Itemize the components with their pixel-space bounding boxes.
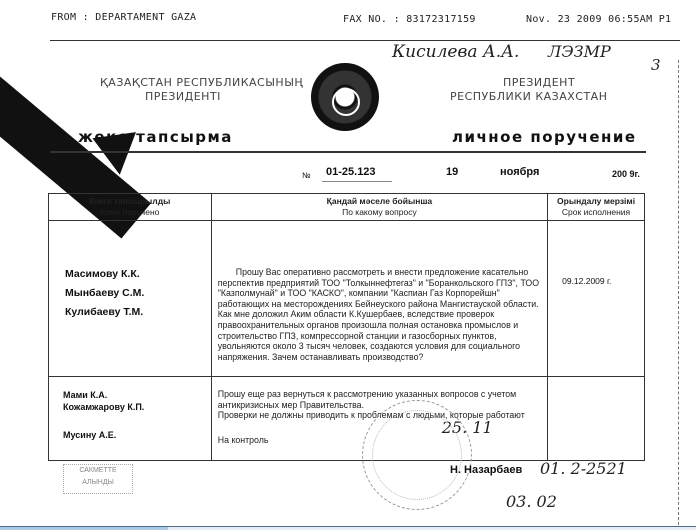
fax-number: FAX NO. : 83172317159 [343, 14, 476, 25]
order-year: 200 9г. [612, 169, 640, 179]
letterhead-rule [50, 151, 646, 153]
year-prefix: 200__ж. [48, 169, 82, 179]
signature-handwritten-date: 03. 02 [506, 492, 557, 511]
header-question-kz: Қандай мәселе бойынша [212, 196, 547, 207]
received-stamp-line2: АЛЫНДЫ [64, 477, 132, 489]
fax-edge-dashes [678, 60, 679, 525]
table-row: Мами К.А. Кожамжарову К.П. Мусину А.Е. П… [49, 377, 645, 461]
recipient: Масимову К.К. [65, 265, 211, 284]
recipient: Кожамжарову К.П. [63, 401, 211, 413]
fax-datetime: Nov. 23 2009 06:55AM P1 [526, 14, 671, 25]
header-recipients-ru: Кому поручено [49, 207, 211, 218]
instruction-table: Кімге тапсырылды Кому поручено Қандай мә… [48, 193, 645, 461]
recipient-spacer [63, 413, 211, 425]
state-emblem-icon [311, 63, 379, 131]
order-day: 19 [446, 166, 458, 178]
letterhead-right-line1: ПРЕЗИДЕНТ [503, 76, 575, 89]
letterhead-right-line2: РЕСПУБЛИКИ КАЗАХСТАН [450, 90, 607, 103]
letterhead-left-line1: ҚАЗАҚСТАН РЕСПУБЛИКАСЫНЫҢ [100, 76, 303, 89]
header-deadline: Орындалу мерзімі Срок исполнения [548, 194, 645, 221]
header-question: Қандай мәселе бойынша По какому вопросу [211, 194, 547, 221]
header-recipients: Кімге тапсырылды Кому поручено [49, 194, 212, 221]
header-recipients-kz: Кімге тапсырылды [49, 196, 211, 207]
row1-question: Прошу Вас оперативно рассмотреть и внест… [211, 221, 547, 377]
header-rule [50, 40, 680, 41]
received-stamp: САКМЕТТЕ АЛЫНДЫ [63, 464, 133, 494]
signature-handwritten-note: 01. 2-2521 [540, 459, 627, 478]
recipient: Кулибаеву Т.М. [65, 303, 211, 322]
round-seal-inner [372, 410, 462, 500]
recipient: Мами К.А. [63, 389, 211, 401]
header-deadline-ru: Срок исполнения [548, 207, 644, 218]
header-question-ru: По какому вопросу [212, 207, 547, 218]
row2-deadline [548, 377, 645, 461]
row2-recipients: Мами К.А. Кожамжарову К.П. Мусину А.Е. [49, 377, 212, 461]
order-month: ноября [500, 166, 539, 178]
handwritten-name: Кисилева А.А. [392, 42, 519, 62]
fax-from: FROM : DEPARTAMENT GAZA [51, 12, 196, 23]
question-paragraph: Прошу еще раз вернуться к рассмотрению у… [218, 389, 541, 410]
number-label: № [302, 171, 311, 180]
letterhead-left-line2: ПРЕЗИДЕНТІ [145, 90, 221, 103]
title-russian: личное поручение [452, 128, 637, 146]
taskbar-strip [0, 526, 696, 530]
title-kazakh: жеке тапсырма [78, 128, 233, 146]
signature-name: Н. Назарбаев [450, 464, 522, 476]
header-deadline-kz: Орындалу мерзімі [548, 196, 644, 207]
recipient: Мынбаеву С.М. [65, 284, 211, 303]
table-row: Масимову К.К. Мынбаеву С.М. Кулибаеву Т.… [49, 221, 645, 377]
row1-deadline: 09.12.2009 г. [548, 221, 645, 377]
order-number: 01-25.123 [326, 166, 376, 178]
received-stamp-line1: САКМЕТТЕ [64, 465, 132, 477]
row1-recipients: Масимову К.К. Мынбаеву С.М. Кулибаеву Т.… [49, 221, 212, 377]
number-underline [322, 181, 392, 182]
recipient: Мусину А.Е. [63, 429, 211, 441]
table-header-row: Кімге тапсырылды Кому поручено Қандай мә… [49, 194, 645, 221]
handwritten-number: 3 [651, 56, 661, 74]
handwritten-note: ЛЭЗМР [548, 42, 611, 61]
